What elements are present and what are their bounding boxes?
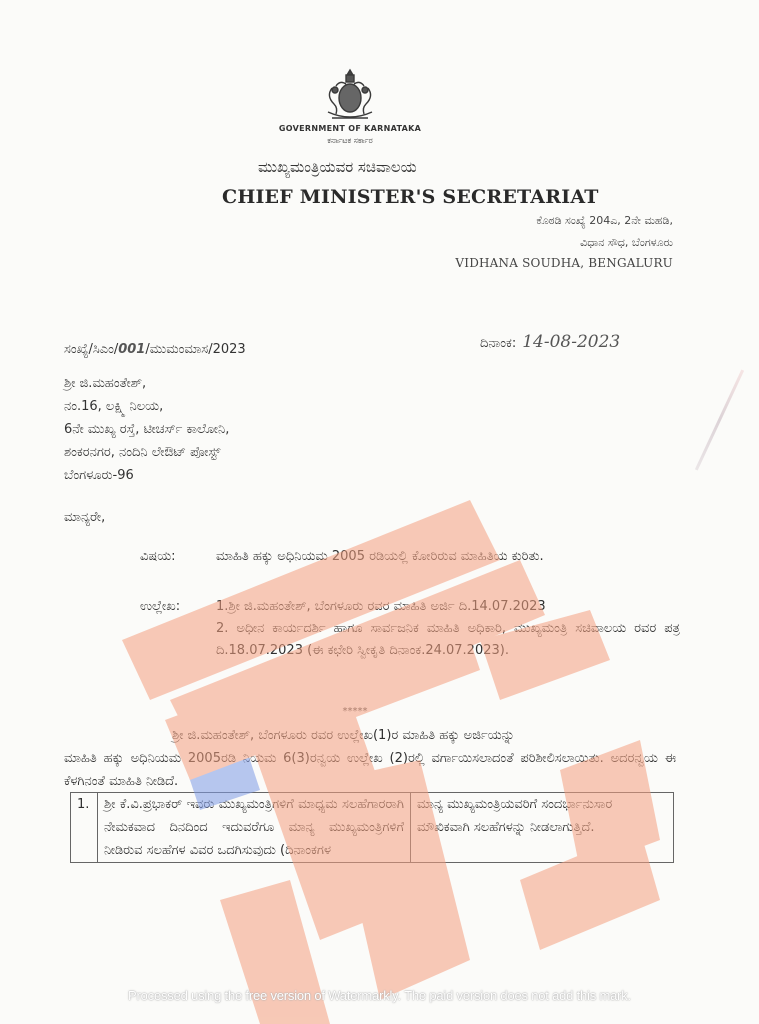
table-row: 1. ಶ್ರೀ ಕೆ.ವಿ.ಪ್ರಭಾಕರ್ ಇವರು ಮುಖ್ಯಮಂತ್ರಿಗ… bbox=[71, 793, 674, 863]
watermark-overlay bbox=[0, 0, 759, 1024]
recipient-line: ನಂ.16, ಲಕ್ಷ್ಮಿ ನಿಲಯ, bbox=[64, 395, 229, 418]
response-cell: ಮಾನ್ಯ ಮುಖ್ಯಮಂತ್ರಿಯವರಿಗೆ ಸಂದರ್ಭಾನುಸಾರ ಮೌಖ… bbox=[411, 793, 674, 863]
secretariat-name-kannada: ಮುಖ್ಯಮಂತ್ರಿಯವರ ಸಚಿವಾಲಯ bbox=[258, 158, 417, 176]
address-building-english: VIDHANA SOUDHA, BENGALURU bbox=[455, 256, 673, 270]
reference-suffix: /ಮುಮಂಮಾಸ/2023 bbox=[145, 342, 245, 357]
date-value: 14-08-2023 bbox=[522, 332, 620, 352]
serial-number-cell: 1. bbox=[71, 793, 98, 863]
government-name-english: GOVERNMENT OF KARNATAKA bbox=[0, 124, 700, 133]
recipient-line: ಶಂಕರನಗರ, ನಂದಿನಿ ಲೇಔಟ್ ಪೋಸ್ಟ್ bbox=[64, 441, 229, 464]
state-emblem-icon bbox=[318, 66, 382, 126]
subject-label: ವಿಷಯ: bbox=[140, 546, 216, 568]
reference-number: ಸಂಖ್ಯೆ/ಸಿಎಂ/001/ಮುಮಂಮಾಸ/2023 bbox=[64, 342, 246, 357]
references-block: ಉಲ್ಲೇಖ: 1.ಶ್ರೀ ಜಿ.ಮಹಂತೇಶ್, ಬೆಂಗಳೂರು ರವರ … bbox=[140, 596, 680, 662]
margin-pen-mark bbox=[695, 370, 744, 471]
watermark-footer-text: Processed using the free version of Wate… bbox=[0, 988, 759, 1003]
section-separator: ***** bbox=[0, 706, 710, 717]
recipient-line: ಬೆಂಗಳೂರು-96 bbox=[64, 464, 229, 487]
letter-date: ದಿನಾಂಕ:14-08-2023 bbox=[480, 332, 620, 352]
recipient-line: ಶ್ರೀ ಜಿ.ಮಹಂತೇಶ್, bbox=[64, 372, 229, 395]
request-cell: ಶ್ರೀ ಕೆ.ವಿ.ಪ್ರಭಾಕರ್ ಇವರು ಮುಖ್ಯಮಂತ್ರಿಗಳಿಗ… bbox=[98, 793, 411, 863]
reference-prefix: ಸಂಖ್ಯೆ/ಸಿಎಂ/ bbox=[64, 342, 118, 357]
recipient-line: 6ನೇ ಮುಖ್ಯ ರಸ್ತೆ, ಟೀಚರ್ಸ್ ಕಾಲೋನಿ, bbox=[64, 418, 229, 441]
information-table: 1. ಶ್ರೀ ಕೆ.ವಿ.ಪ್ರಭಾಕರ್ ಇವರು ಮುಖ್ಯಮಂತ್ರಿಗ… bbox=[70, 792, 674, 863]
letter-page: GOVERNMENT OF KARNATAKA ಕರ್ನಾಟಕ ಸರ್ಕಾರ ಮ… bbox=[0, 0, 759, 1024]
subject-text: ಮಾಹಿತಿ ಹಕ್ಕು ಅಧಿನಿಯಮ 2005 ರಡಿಯಲ್ಲಿ ಕೋರಿರ… bbox=[216, 546, 680, 568]
address-building-kannada: ವಿಧಾನ ಸೌಧ, ಬೆಂಗಳೂರು bbox=[580, 236, 673, 250]
secretariat-name-english: CHIEF MINISTER'S SECRETARIAT bbox=[222, 186, 599, 208]
reference-item: 1.ಶ್ರೀ ಜಿ.ಮಹಂತೇಶ್, ಬೆಂಗಳೂರು ರವರ ಮಾಹಿತಿ ಅ… bbox=[216, 596, 680, 618]
salutation: ಮಾನ್ಯರೇ, bbox=[64, 510, 105, 525]
reference-item: 2. ಅಧೀನ ಕಾರ್ಯದರ್ಶಿ ಹಾಗೂ ಸಾರ್ವಜನಿಕ ಮಾಹಿತಿ… bbox=[216, 618, 680, 662]
references-label: ಉಲ್ಲೇಖ: bbox=[140, 596, 216, 662]
body-first-line: ಶ್ರೀ ಜಿ.ಮಹಂತೇಶ್, ಬೆಂಗಳೂರು ರವರ ಉಲ್ಲೇಖ(1)ರ… bbox=[64, 724, 676, 747]
body-rest: ಮಾಹಿತಿ ಹಕ್ಕು ಅಧಿನಿಯಮ 2005ರಡಿ ನಿಯಮ 6(3)ರನ… bbox=[64, 747, 676, 793]
recipient-address: ಶ್ರೀ ಜಿ.ಮಹಂತೇಶ್, ನಂ.16, ಲಕ್ಷ್ಮಿ ನಿಲಯ, 6ನ… bbox=[64, 372, 229, 487]
government-en-text: GOVERNMENT OF KARNATAKA bbox=[279, 124, 421, 133]
reference-handwritten-number: 001 bbox=[118, 342, 145, 357]
government-name-kannada: ಕರ್ನಾಟಕ ಸರ್ಕಾರ bbox=[0, 136, 700, 146]
government-kn-text: ಕರ್ನಾಟಕ ಸರ್ಕಾರ bbox=[327, 136, 372, 146]
subject-block: ವಿಷಯ: ಮಾಹಿತಿ ಹಕ್ಕು ಅಧಿನಿಯಮ 2005 ರಡಿಯಲ್ಲಿ… bbox=[140, 546, 680, 568]
date-label: ದಿನಾಂಕ: bbox=[480, 336, 516, 351]
body-paragraph: ಶ್ರೀ ಜಿ.ಮಹಂತೇಶ್, ಬೆಂಗಳೂರು ರವರ ಉಲ್ಲೇಖ(1)ರ… bbox=[64, 724, 676, 793]
address-room: ಕೊಠಡಿ ಸಂಖ್ಯೆ 204ಎ, 2ನೇ ಮಹಡಿ, bbox=[536, 214, 673, 228]
